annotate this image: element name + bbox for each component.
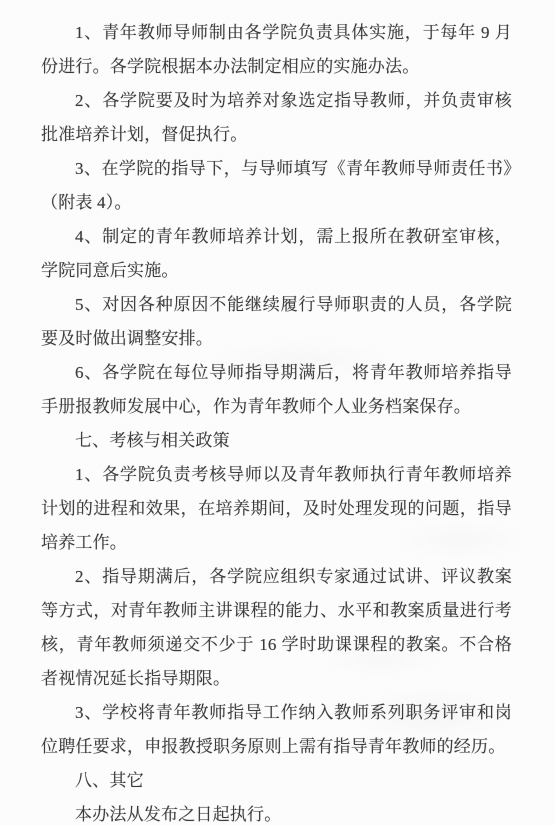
paragraph-item-5: 5、对因各种原因不能继续履行导师职责的人员，各学院要及时做出调整安排。: [41, 288, 512, 356]
section-heading-7: 七、考核与相关政策: [41, 424, 512, 458]
paragraph-item-7-2: 2、指导期满后，各学院应组织专家通过试讲、评议教案等方式，对青年教师主讲课程的能…: [41, 560, 512, 696]
paragraph-item-3: 3、在学院的指导下，与导师填写《青年教师导师责任书》（附表 4）。: [41, 152, 512, 220]
document-body: 1、青年教师导师制由各学院负责具体实施，于每年 9 月份进行。各学院根据本办法制…: [41, 16, 512, 825]
paragraph-item-1: 1、青年教师导师制由各学院负责具体实施，于每年 9 月份进行。各学院根据本办法制…: [41, 16, 512, 84]
section-heading-8: 八、其它: [41, 764, 512, 798]
paragraph-item-2: 2、各学院要及时为培养对象选定指导教师，并负责审核批准培养计划，督促执行。: [41, 84, 512, 152]
paragraph-item-4: 4、制定的青年教师培养计划，需上报所在教研室审核，学院同意后实施。: [41, 220, 512, 288]
paragraph-item-7-1: 1、各学院负责考核导师以及青年教师执行青年教师培养计划的进程和效果，在培养期间，…: [41, 458, 512, 560]
paragraph-item-7-3: 3、学校将青年教师指导工作纳入教师系列职务评审和岗位聘任要求，申报教授职务原则上…: [41, 696, 512, 764]
document-page: 1、青年教师导师制由各学院负责具体实施，于每年 9 月份进行。各学院根据本办法制…: [0, 0, 554, 825]
paragraph-item-6: 6、各学院在每位导师指导期满后，将青年教师培养指导手册报教师发展中心，作为青年教…: [41, 356, 512, 424]
closing-statement: 本办法从发布之日起执行。: [41, 798, 512, 825]
